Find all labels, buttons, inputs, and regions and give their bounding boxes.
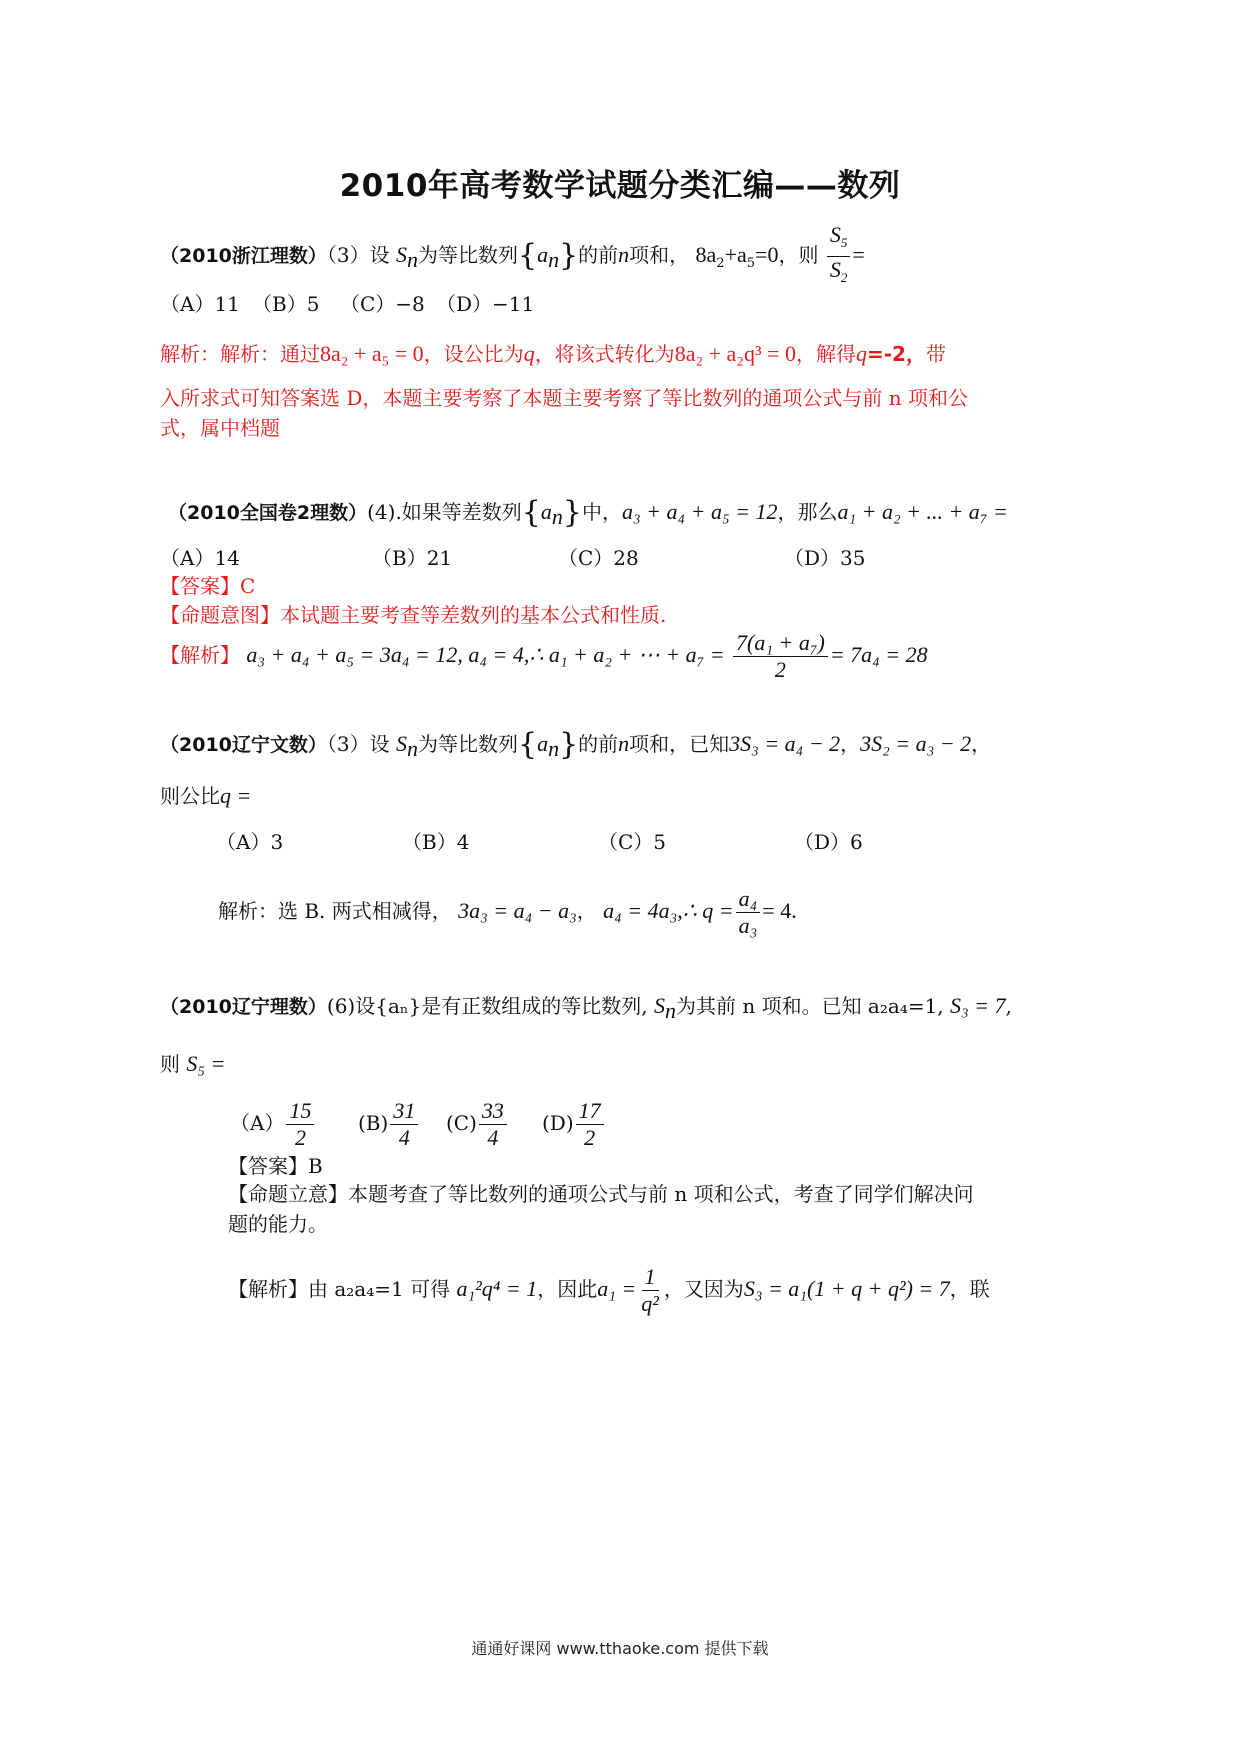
problem-source: （2010辽宁理数） xyxy=(160,996,327,1018)
option-b: （B）21 xyxy=(372,544,558,572)
option-d: （D）35 xyxy=(784,544,865,572)
problem-3-analysis: 解析：选 B. 两式相减得， 3a₃ = a₄ − a₃， a₄ = 4a₃,∴… xyxy=(218,886,797,939)
problem-1-analysis-line-2: 入所求式可知答案选 D，本题主要考察了本题主要考察了等比数列的通项公式与前 n … xyxy=(160,384,968,412)
problem-number: （3） xyxy=(327,243,370,267)
problem-number: (4). xyxy=(367,500,402,524)
problem-4-intent-line-1: 【命题立意】本题考查了等比数列的通项公式与前 n 项和公式，考查了同学们解决问 xyxy=(228,1180,974,1208)
problem-1-stem: （2010浙江理数）（3）设 Sn为等比数列{an}的前n项和， 8a2+a5=… xyxy=(160,222,865,291)
problem-3-stem-line-2: 则公比q = xyxy=(160,782,251,810)
option-d: （D）6 xyxy=(794,828,863,856)
problem-2-options: （A）14（B）21（C）28（D）35 xyxy=(160,544,865,572)
fraction: S5S2 xyxy=(827,222,851,291)
option-c: （C）5 xyxy=(598,828,794,856)
problem-1-options: （A）11（B）5（C）−8（D）−11 xyxy=(160,290,534,318)
option-b: （B）5 xyxy=(252,290,340,318)
page-footer: 通通好课网 www.tthaoke.com 提供下载 xyxy=(0,1636,1240,1659)
problem-4-stem: （2010辽宁理数）(6)设{aₙ}是有正数组成的等比数列, Sn为其前 n 项… xyxy=(160,992,1012,1025)
option-d: (D)172 xyxy=(542,1098,606,1151)
problem-2-answer: 【答案】C xyxy=(160,572,255,600)
problem-4-options: （A）152(B)314(C)334(D)172 xyxy=(230,1098,606,1151)
option-c: (C)334 xyxy=(446,1098,542,1151)
option-a: （A）11 xyxy=(160,290,252,318)
problem-1-analysis-line-1: 解析：解析：通过8a₂ + a₅ = 0，设公比为q，将该式转化为8a₂ + a… xyxy=(160,340,946,368)
problem-number: （3） xyxy=(327,732,370,756)
problem-4-analysis: 【解析】由 a₂a₄=1 可得 a₁²q⁴ = 1，因此a₁ =1q²，又因为S… xyxy=(228,1264,990,1317)
problem-2-intent: 【命题意图】本试题主要考查等差数列的基本公式和性质. xyxy=(160,601,666,629)
fraction: 7(a₁ + a₇)2 xyxy=(733,630,828,683)
problem-source: （2010辽宁文数） xyxy=(160,734,327,756)
document-title: 2010年高考数学试题分类汇编——数列 xyxy=(0,160,1240,205)
problem-3-stem: （2010辽宁文数）（3）设 Sn为等比数列{an}的前n项和，已知3S₃ = … xyxy=(160,730,991,763)
option-b: （B）4 xyxy=(402,828,598,856)
problem-4-answer: 【答案】B xyxy=(228,1152,323,1180)
problem-source: （2010全国卷2理数） xyxy=(168,502,367,524)
option-a: （A）152 xyxy=(230,1098,358,1151)
problem-3-options: （A）3（B）4（C）5（D）6 xyxy=(216,828,863,856)
problem-1-analysis-line-3: 式，属中档题 xyxy=(160,414,280,442)
option-a: （A）3 xyxy=(216,828,402,856)
option-d: （D）−11 xyxy=(436,290,534,318)
option-c: （C）28 xyxy=(558,544,784,572)
problem-4-intent-line-2: 题的能力。 xyxy=(228,1210,328,1238)
option-a: （A）14 xyxy=(160,544,372,572)
fraction: a₄a₃ xyxy=(736,886,761,939)
problem-number: (6) xyxy=(327,994,355,1018)
problem-source: （2010浙江理数） xyxy=(160,245,327,267)
problem-2-stem: （2010全国卷2理数）(4).如果等差数列{an}中，a₃ + a₄ + a₅… xyxy=(168,498,1008,531)
fraction: 1q² xyxy=(638,1264,662,1317)
document-page: 2010年高考数学试题分类汇编——数列 （2010浙江理数）（3）设 Sn为等比… xyxy=(0,0,1240,1754)
problem-2-analysis: 【解析】 a₃ + a₄ + a₅ = 3a₄ = 12, a₄ = 4,∴ a… xyxy=(160,630,928,683)
option-b: (B)314 xyxy=(358,1098,446,1151)
option-c: （C）−8 xyxy=(340,290,436,318)
problem-4-stem-line-2: 则 S₅ = xyxy=(160,1050,225,1078)
